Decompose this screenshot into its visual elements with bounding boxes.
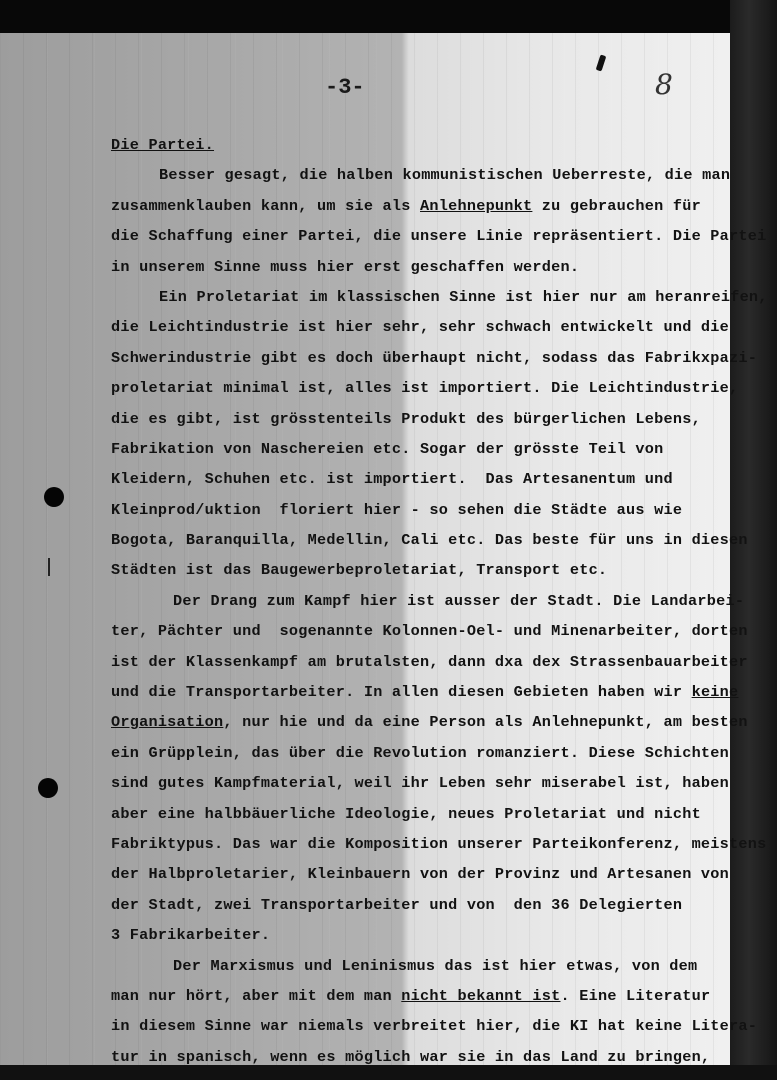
text-line: der Halbproletarier, Kleinbauern von der… [111, 859, 731, 889]
text-line: aber eine halbbäuerliche Ideologie, neue… [111, 799, 731, 829]
text-line: Der Marxismus und Leninismus das ist hie… [111, 951, 731, 981]
text-line: 3 Fabrikarbeiter. [111, 920, 731, 950]
underlined-term: keine [692, 683, 739, 701]
text-line: Ein Proletariat im klassischen Sinne ist… [111, 282, 731, 312]
punch-hole [38, 778, 58, 798]
text-line: in unserem Sinne muss hier erst geschaff… [111, 252, 731, 282]
underlined-term: nicht bekannt ist [401, 987, 560, 1005]
text-line: Städten ist das Baugewerbeproletariat, T… [111, 555, 731, 585]
text-line: in diesem Sinne war niemals verbreitet h… [111, 1011, 731, 1041]
paragraph-4: Der Marxismus und Leninismus das ist hie… [111, 951, 731, 1073]
text-line: Kleinprod/uktion floriert hier - so sehe… [111, 495, 731, 525]
page-marker: -3- [325, 75, 365, 100]
text-line: und die Transportarbeiter. In allen dies… [111, 677, 731, 707]
underlined-term: Organisation [111, 713, 223, 731]
text-line: zusammenklauben kann, um sie als Anlehne… [111, 191, 731, 221]
text-line: ter, Pächter und sogenannte Kolonnen-Oel… [111, 616, 731, 646]
paragraph-3: Der Drang zum Kampf hier ist ausser der … [111, 586, 731, 951]
text-line: Fabriktypus. Das war die Komposition uns… [111, 829, 731, 859]
text-line: die Leichtindustrie ist hier sehr, sehr … [111, 312, 731, 342]
text-line: ein Grüpplein, das über die Revolution r… [111, 738, 731, 768]
text-line: man nur hört, aber mit dem man nicht bek… [111, 981, 731, 1011]
section-heading: Die Partei. [111, 136, 214, 154]
margin-mark [48, 558, 50, 576]
underlined-term: Anlehnepunkt [420, 197, 532, 215]
paragraph-2: Ein Proletariat im klassischen Sinne ist… [111, 282, 731, 586]
scan-bottom-edge [0, 1065, 777, 1080]
paragraph-1: Besser gesagt, die halben kommunistische… [111, 160, 731, 282]
text-line: die es gibt, ist grösstenteils Produkt d… [111, 404, 731, 434]
folio-number: 8 [655, 68, 673, 101]
punch-hole [44, 487, 64, 507]
text-line: Organisation, nur hie und da eine Person… [111, 707, 731, 737]
text-line: Bogota, Baranquilla, Medellin, Cali etc.… [111, 525, 731, 555]
text-line: Besser gesagt, die halben kommunistische… [111, 160, 731, 190]
text-line: Schwerindustrie gibt es doch überhaupt n… [111, 343, 731, 373]
text-line: sind gutes Kampfmaterial, weil ihr Leben… [111, 768, 731, 798]
text-line: Der Drang zum Kampf hier ist ausser der … [111, 586, 731, 616]
text-line: die Schaffung einer Partei, die unsere L… [111, 221, 731, 251]
typewritten-body: Die Partei. Besser gesagt, die halben ko… [111, 130, 731, 1072]
text-line: proletariat minimal ist, alles ist impor… [111, 373, 731, 403]
text-line: Fabrikation von Naschereien etc. Sogar d… [111, 434, 731, 464]
text-line: ist der Klassenkampf am brutalsten, dann… [111, 647, 731, 677]
text-line: der Stadt, zwei Transportarbeiter und vo… [111, 890, 731, 920]
text-line: Kleidern, Schuhen etc. ist importiert. D… [111, 464, 731, 494]
